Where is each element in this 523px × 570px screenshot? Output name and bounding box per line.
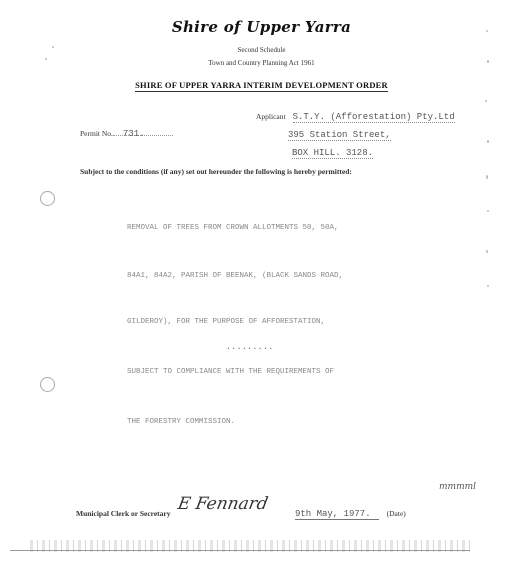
address-line-1: 395 Station Street,: [288, 124, 391, 142]
applicant-row: Applicant S.T.Y. (Afforestation) Pty.Ltd: [256, 106, 455, 124]
permit-number: 731.: [123, 129, 145, 139]
scan-speck: [487, 60, 489, 63]
permitted-text: REMOVAL OF TREES FROM CROWN ALLOTMENTS 5…: [127, 188, 343, 446]
punch-hole-icon: [40, 377, 55, 392]
permit-row: Permit No.731.: [80, 123, 173, 141]
scan-speck: [486, 250, 488, 253]
permitted-line: 84A1, 84A2, PARISH OF BEENAK, (BLACK SAN…: [127, 268, 343, 284]
date-label: (Date): [387, 509, 406, 518]
conditions-intro: Subject to the conditions (if any) set o…: [80, 167, 352, 176]
scan-speck: [486, 175, 488, 179]
address-street: 395 Station Street,: [288, 130, 391, 141]
signature: E Fennard: [176, 494, 269, 514]
act-label: Town and Country Planning Act 1961: [0, 59, 523, 67]
order-heading-text: SHIRE OF UPPER YARRA INTERIM DEVELOPMENT…: [135, 80, 388, 92]
permitted-line: GILDEROY), FOR THE PURPOSE OF AFFORESTAT…: [127, 314, 343, 330]
permitted-line: SUBJECT TO COMPLIANCE WITH THE REQUIREME…: [127, 364, 343, 380]
scan-speck: [485, 100, 487, 102]
applicant-label: Applicant: [256, 112, 286, 121]
applicant-name: S.T.Y. (Afforestation) Pty.Ltd: [293, 112, 455, 123]
bottom-rule: [10, 550, 470, 551]
permit-number-field: 731.: [113, 135, 173, 136]
scan-speck: [45, 58, 47, 60]
permitted-line: REMOVAL OF TREES FROM CROWN ALLOTMENTS 5…: [127, 220, 343, 236]
separator-dots: .........: [226, 343, 274, 352]
permitted-line: THE FORESTRY COMMISSION.: [127, 414, 343, 430]
address-suburb: BOX HILL. 3128.: [292, 148, 373, 159]
scan-speck: [486, 30, 488, 32]
address-line-2: BOX HILL. 3128.: [292, 142, 373, 160]
order-heading: SHIRE OF UPPER YARRA INTERIM DEVELOPMENT…: [0, 75, 523, 93]
punch-hole-icon: [40, 191, 55, 206]
margin-scribble: mmmml: [439, 482, 476, 492]
scan-speck: [487, 140, 489, 143]
clerk-label: Municipal Clerk or Secretary: [76, 509, 171, 518]
scan-speck: [487, 210, 489, 212]
document-title: Shire of Upper Yarra: [0, 18, 523, 36]
permit-label: Permit No.: [80, 129, 113, 138]
scan-speck: [52, 46, 54, 48]
issue-date: 9th May, 1977.: [295, 509, 379, 520]
schedule-label: Second Schedule: [0, 46, 523, 54]
scan-speck: [487, 285, 489, 287]
date-row: 9th May, 1977. (Date): [295, 503, 406, 521]
